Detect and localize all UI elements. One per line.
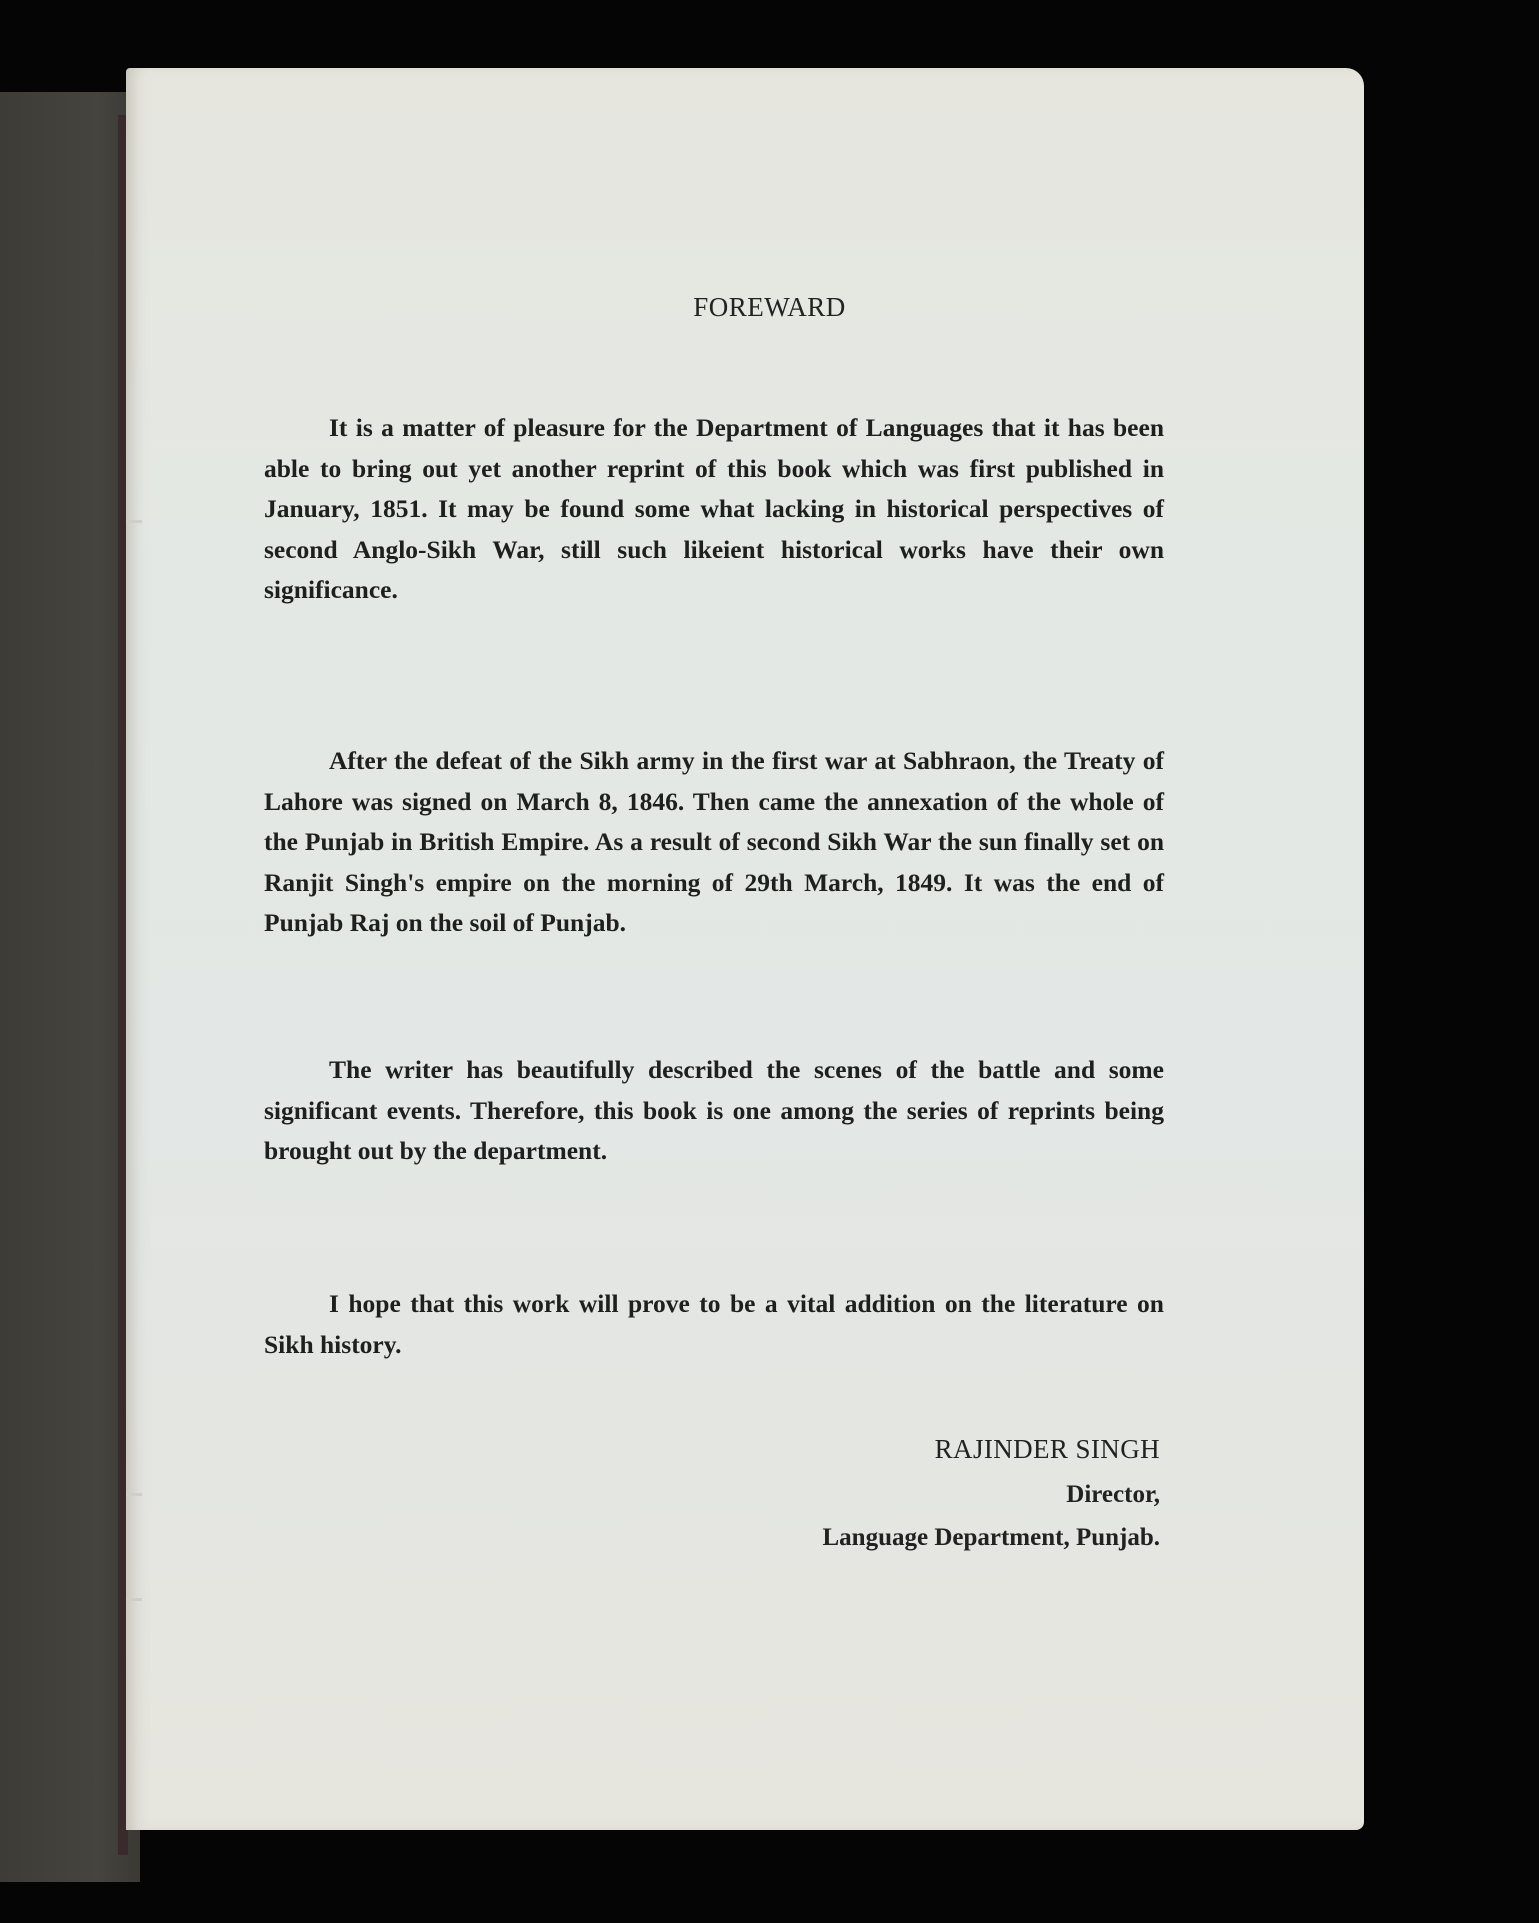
paragraph-1: It is a matter of pleasure for the Depar… bbox=[264, 408, 1164, 611]
signature-department: Language Department, Punjab. bbox=[822, 1524, 1160, 1552]
paragraph-1-text: It is a matter of pleasure for the Depar… bbox=[264, 413, 1164, 604]
binding-stitch bbox=[126, 520, 142, 523]
paragraph-2-text: After the defeat of the Sikh army in the… bbox=[264, 746, 1164, 937]
signature-role: Director, bbox=[1066, 1481, 1160, 1509]
paragraph-3: The writer has beautifully described the… bbox=[264, 1050, 1164, 1172]
page-title: FOREWARD bbox=[0, 292, 1539, 323]
binding-stitch bbox=[126, 1598, 142, 1601]
paragraph-4-text: I hope that this work will prove to be a… bbox=[264, 1289, 1164, 1359]
book-page bbox=[126, 68, 1364, 1830]
paragraph-2: After the defeat of the Sikh army in the… bbox=[264, 741, 1164, 944]
paragraph-4: I hope that this work will prove to be a… bbox=[264, 1284, 1164, 1365]
binding-stitch bbox=[126, 1493, 142, 1496]
paragraph-3-text: The writer has beautifully described the… bbox=[264, 1055, 1164, 1165]
signature-name: RAJINDER SINGH bbox=[935, 1434, 1160, 1465]
